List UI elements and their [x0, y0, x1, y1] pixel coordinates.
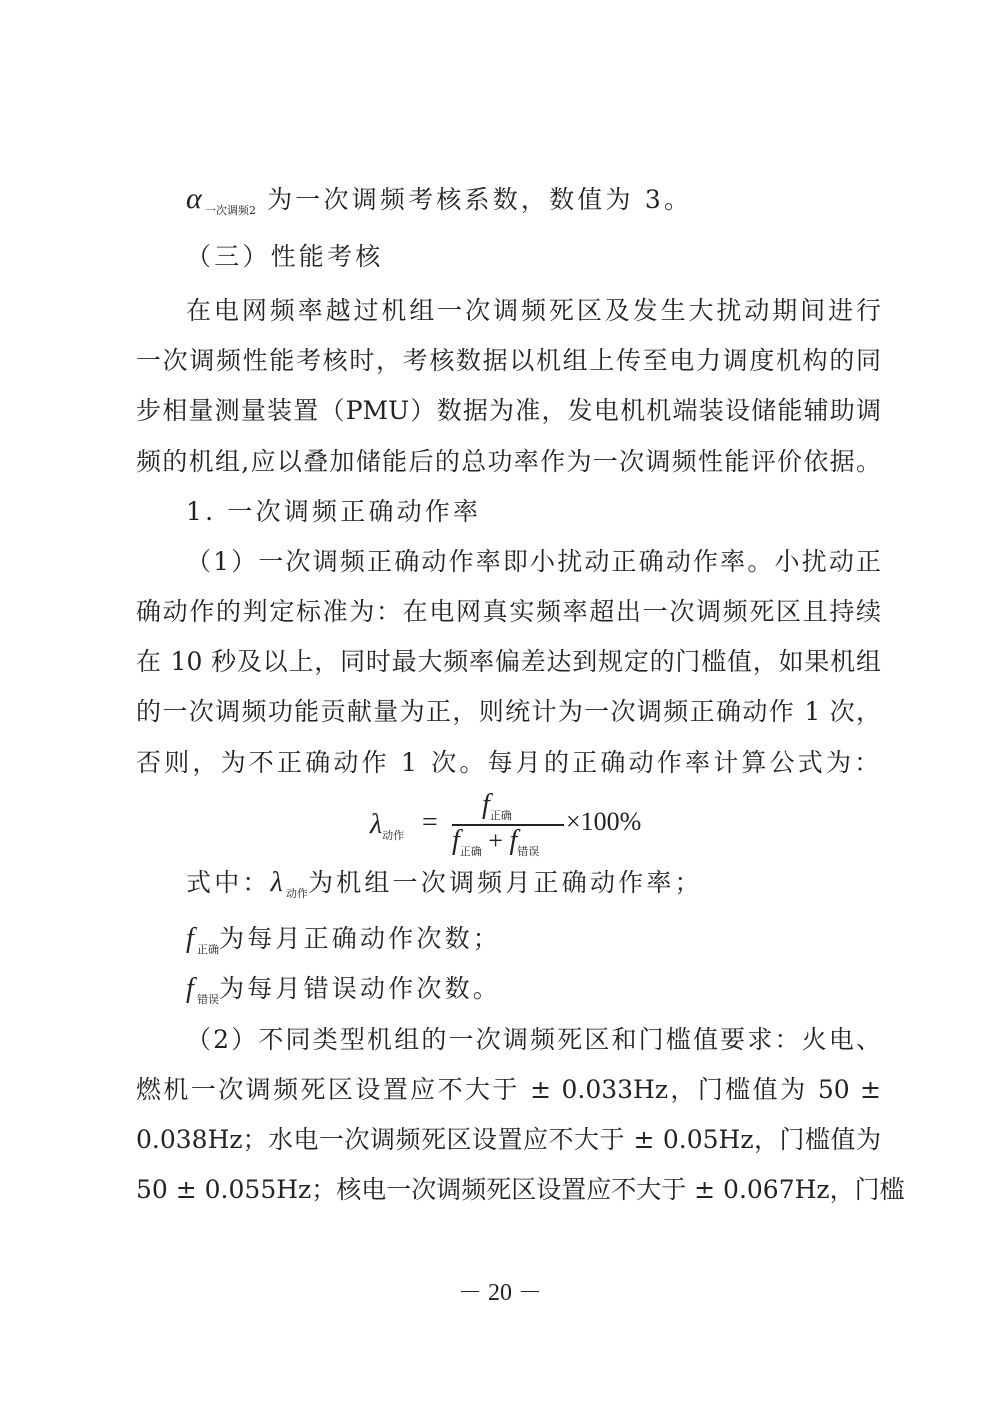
- coefficient-text: 为一次调频考核系数，数值为 3。: [267, 185, 692, 214]
- definition-line: f正确为每月正确动作次数；: [186, 923, 931, 966]
- lambda-subscript: 动作: [382, 830, 404, 842]
- paragraph-line: 在电网频率越过机组一次调频死区及发生大扰动期间进行: [186, 295, 881, 327]
- definition-text: 为每月正确动作次数；: [219, 924, 501, 953]
- paragraph-line: 步相量测量装置（PMU）数据为准，发电机机端装设储能辅助调: [136, 395, 881, 427]
- paragraph-line: 频的机组,应以叠加储能后的总功率作为一次调频性能评价依据。: [136, 446, 881, 478]
- alpha-subscript: 一次调频2: [205, 204, 256, 217]
- paragraph-line: （1）一次调频正确动作率即小扰动正确动作率。小扰动正: [186, 546, 881, 578]
- definition-line: f错误为每月错误动作次数。: [186, 973, 931, 1016]
- f-symbol: f: [186, 923, 197, 954]
- definition-text: 为每月错误动作次数。: [219, 974, 501, 1003]
- correct-action-rate-formula: λ动作 = f正确 f正确 + f错误 ×100%: [370, 797, 670, 857]
- f-subscript: 错误: [197, 993, 219, 1006]
- formula-multiplier: ×100%: [566, 807, 641, 837]
- equals-sign: =: [422, 807, 438, 839]
- lambda-symbol: λ: [271, 867, 286, 898]
- f-symbol: f: [452, 825, 460, 856]
- paragraph-line: 50 ± 0.055Hz；核电一次调频死区设置应不大于 ± 0.067Hz，门槛: [136, 1174, 881, 1206]
- paragraph-line: （2）不同类型机组的一次调频死区和门槛值要求：火电、: [186, 1024, 881, 1056]
- f-subscript: 错误: [517, 846, 539, 858]
- paragraph-line: 确动作的判定标准为：在电网真实频率超出一次调频死区且持续: [136, 596, 881, 628]
- definition-prefix: 式中：: [186, 868, 271, 897]
- page-number: － 20 －: [0, 1272, 1000, 1307]
- coefficient-line: α一次调频2 为一次调频考核系数，数值为 3。: [186, 183, 931, 227]
- lambda-symbol: λ: [370, 809, 382, 840]
- formula-numerator: f正确: [482, 789, 512, 823]
- paragraph-line: 在 10 秒及以上，同时最大频率偏差达到规定的门槛值，如果机组: [136, 646, 881, 678]
- definition-text: 为机组一次调频月正确动作率；: [308, 868, 703, 897]
- paragraph-line: 的一次调频功能贡献量为正，则统计为一次调频正确动作 1 次，: [136, 696, 881, 728]
- paragraph-line: 燃机一次调频死区设置应不大于 ± 0.033Hz，门槛值为 50 ±: [136, 1074, 881, 1106]
- subheading: 1. 一次调频正确动作率: [186, 496, 931, 528]
- definition-line: 式中：λ动作为机组一次调频月正确动作率；: [186, 867, 931, 910]
- f-symbol: f: [482, 789, 490, 820]
- plus-sign: +: [488, 826, 503, 855]
- f-subscript: 正确: [490, 810, 512, 822]
- alpha-symbol: α: [186, 182, 205, 215]
- f-symbol: f: [186, 973, 197, 1004]
- f-subscript: 正确: [197, 943, 219, 956]
- lambda-subscript: 动作: [286, 887, 308, 900]
- paragraph-line: 一次调频性能考核时，考核数据以机组上传至电力调度机构的同: [136, 345, 881, 377]
- paragraph-line: 否则，为不正确动作 1 次。每月的正确动作率计算公式为：: [136, 747, 881, 779]
- section-heading: （三）性能考核: [186, 241, 931, 273]
- f-subscript: 正确: [460, 846, 482, 858]
- formula-lhs: λ动作: [370, 809, 404, 843]
- formula-denominator: f正确 + f错误: [452, 825, 539, 859]
- paragraph-line: 0.038Hz；水电一次调频死区设置应不大于 ± 0.05Hz，门槛值为: [136, 1124, 881, 1156]
